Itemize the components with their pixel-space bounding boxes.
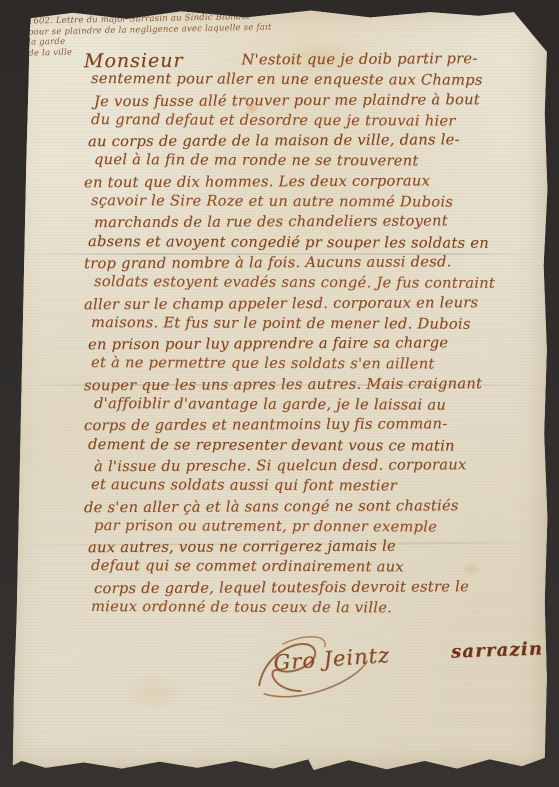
letter-line: Je vous fusse allé trouver pour me plain… — [94, 89, 546, 112]
letter-line: mieux ordonné de tous ceux de la ville. — [91, 597, 546, 619]
letter-line: Monsieur N'estoit que je doib partir pre… — [84, 49, 546, 72]
letter-line: souper que les uns apres les autres. Mai… — [84, 374, 546, 397]
signature-name: sarrazin — [451, 638, 544, 662]
letter-line: maisons. Et fus sur le point de mener le… — [91, 313, 546, 335]
letter-line: trop grand nombre à la fois. Aucuns auss… — [84, 252, 546, 275]
letter-line: sçavoir le Sire Roze et un autre nommé D… — [91, 191, 546, 213]
letter-line: en prison pour luy apprendre a faire sa … — [88, 333, 546, 356]
letter-line: soldats estoyent evadés sans congé. Je f… — [94, 272, 546, 294]
letter-body: Monsieur N'estoit que je doib partir pre… — [84, 50, 546, 618]
letter-line: sentement pour aller en une enqueste aux… — [91, 69, 546, 91]
letter-line: corps de garde, lequel toutesfois devroi… — [94, 577, 546, 600]
signature-paraph: Gro Jeintz — [245, 621, 445, 714]
letter-line: et aucuns soldats aussi qui font mestier — [91, 475, 546, 497]
letter-line: quel à la fin de ma ronde ne se trouvere… — [94, 150, 546, 172]
letter-line: defaut qui se commet ordinairement aux — [91, 556, 546, 578]
letter-line: dement de se representer devant vous ce … — [88, 435, 546, 457]
letter-paper: 1602. Lettre du major Sarrasin au Sindic… — [8, 6, 549, 770]
letter-line: marchands de la rue des chandeliers esto… — [94, 211, 546, 234]
letter-line-text: N'estoit que je doib partir pre- — [241, 49, 477, 71]
letter-line: par prison ou autrement, pr donner exemp… — [94, 516, 546, 538]
signature-block: Gro Jeintz sarrazin — [8, 624, 549, 724]
letter-line: corps de gardes et neantmoins luy fis co… — [84, 414, 546, 437]
letter-line: du grand defaut et desordre que je trouv… — [91, 110, 546, 132]
letter-line: en tout que dix hommes. Les deux corpora… — [84, 171, 546, 194]
letter-line: au corps de garde de la maison de ville,… — [88, 130, 546, 153]
letter-line: aller sur le champ appeler lesd. corpora… — [84, 292, 546, 315]
photo-background: 1602. Lettre du major Sarrasin au Sindic… — [0, 0, 559, 787]
letter-line: à l'issue du presche. Si quelcun desd. c… — [94, 455, 546, 478]
letter-line: de s'en aller çà et là sans congé ne son… — [84, 495, 546, 518]
letter-line: absens et avoyent congedié pr souper les… — [88, 232, 546, 254]
letter-line: d'affoiblir d'avantage la garde, je le l… — [94, 394, 546, 416]
letter-line: et à ne permettre que les soldats s'en a… — [91, 353, 546, 375]
letter-line: aux autres, vous ne corrigerez jamais le — [88, 536, 546, 559]
